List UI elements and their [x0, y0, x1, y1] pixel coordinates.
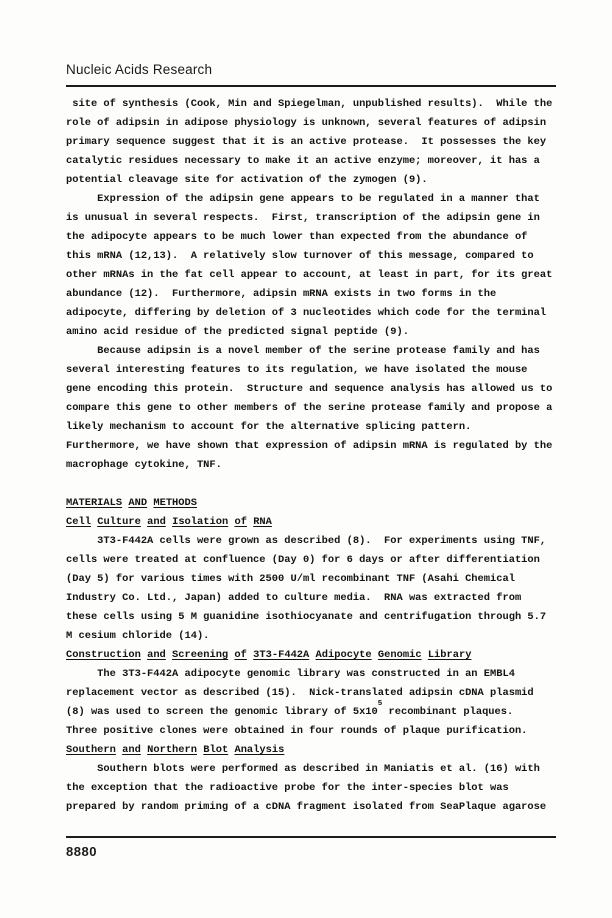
text-line: replacement vector as described (15). Ni…	[66, 684, 566, 703]
text-line: the adipocyte appears to be much lower t…	[66, 228, 566, 247]
text-line: Industry Co. Ltd., Japan) added to cultu…	[66, 589, 566, 608]
text-line: several interesting features to its regu…	[66, 361, 566, 380]
text-line: (Day 5) for various times with 2500 U/ml…	[66, 570, 566, 589]
text-line: Three positive clones were obtained in f…	[66, 722, 566, 741]
text-line: 3T3-F442A cells were grown as described …	[66, 532, 566, 551]
text-line: is unusual in several respects. First, t…	[66, 209, 566, 228]
text-line: Southern blots were performed as describ…	[66, 760, 566, 779]
header-rule	[66, 85, 556, 87]
text-line: abundance (12). Furthermore, adipsin mRN…	[66, 285, 566, 304]
text-line: Because adipsin is a novel member of the…	[66, 342, 566, 361]
text-line: potential cleavage site for activation o…	[66, 171, 566, 190]
text-line: compare this gene to other members of th…	[66, 399, 566, 418]
text-line: this mRNA (12,13). A relatively slow tur…	[66, 247, 566, 266]
superscript: 5	[378, 700, 383, 708]
section-heading: Southern and Northern Blot Analysis	[66, 741, 566, 760]
text-line: amino acid residue of the predicted sign…	[66, 323, 566, 342]
text-line: (8) was used to screen the genomic libra…	[66, 703, 566, 722]
section-heading: Construction and Screening of 3T3-F442A …	[66, 646, 566, 665]
text-line: these cells using 5 M guanidine isothioc…	[66, 608, 566, 627]
text-line: The 3T3-F442A adipocyte genomic library …	[66, 665, 566, 684]
text-line: primary sequence suggest that it is an a…	[66, 133, 566, 152]
text-line	[66, 475, 566, 494]
text-line: cells were treated at confluence (Day 0)…	[66, 551, 566, 570]
text-line: the exception that the radioactive probe…	[66, 779, 566, 798]
journal-title: Nucleic Acids Research	[66, 62, 212, 77]
text-line: likely mechanism to account for the alte…	[66, 418, 566, 437]
journal-page: Nucleic Acids Research site of synthesis…	[0, 0, 612, 918]
text-line: M cesium chloride (14).	[66, 627, 566, 646]
text-line: role of adipsin in adipose physiology is…	[66, 114, 566, 133]
body-lines: site of synthesis (Cook, Min and Spiegel…	[66, 95, 566, 817]
text-line: other mRNAs in the fat cell appear to ac…	[66, 266, 566, 285]
section-heading: Cell Culture and Isolation of RNA	[66, 513, 566, 532]
text-line: macrophage cytokine, TNF.	[66, 456, 566, 475]
text-line: catalytic residues necessary to make it …	[66, 152, 566, 171]
text-line: Furthermore, we have shown that expressi…	[66, 437, 566, 456]
footer-rule	[66, 836, 556, 838]
text-line: adipocyte, differing by deletion of 3 nu…	[66, 304, 566, 323]
text-line: Expression of the adipsin gene appears t…	[66, 190, 566, 209]
text-line: prepared by random priming of a cDNA fra…	[66, 798, 566, 817]
text-line: site of synthesis (Cook, Min and Spiegel…	[66, 95, 566, 114]
page-number: 8880	[66, 844, 97, 859]
text-line: gene encoding this protein. Structure an…	[66, 380, 566, 399]
section-heading: MATERIALS AND METHODS	[66, 494, 566, 513]
